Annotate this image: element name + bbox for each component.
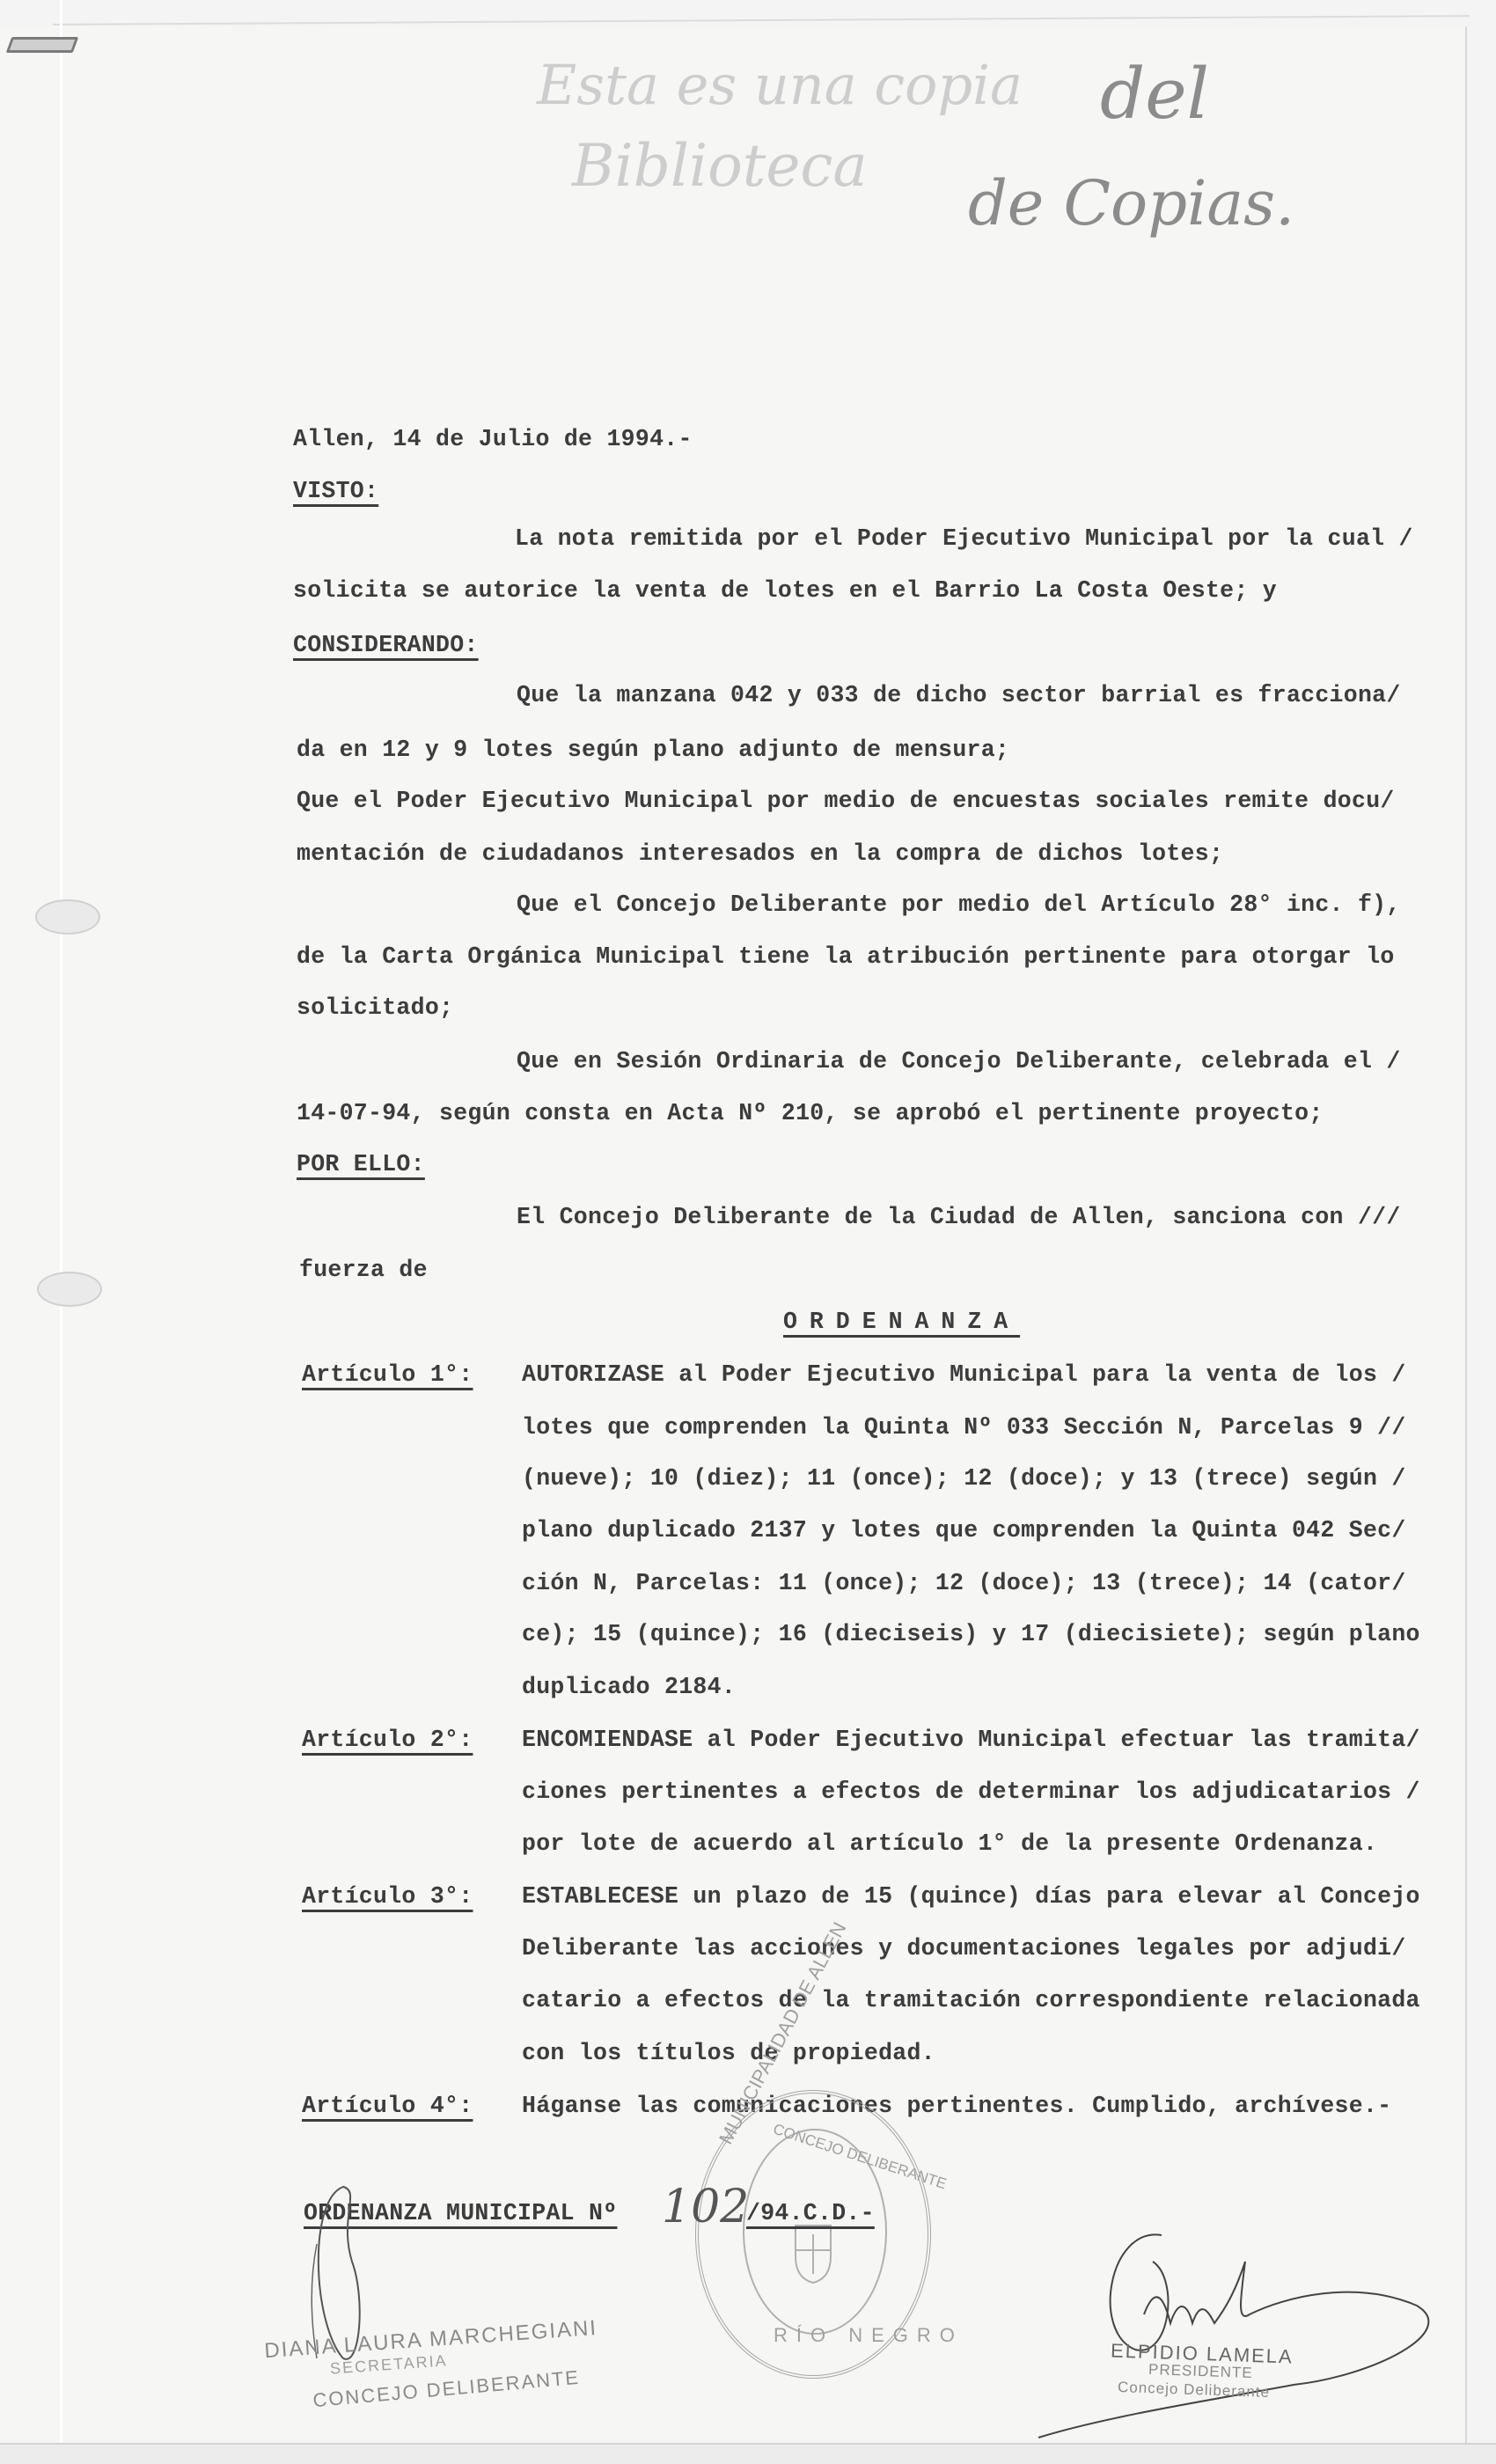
- por-ello-heading: POR ELLO:: [297, 1151, 425, 1177]
- article-1-line: ción N, Parcelas: 11 (once); 12 (doce); …: [522, 1570, 1406, 1596]
- article-1-line: AUTORIZASE al Poder Ejecutivo Municipal …: [522, 1361, 1406, 1388]
- por-ello-line: El Concejo Deliberante de la Ciudad de A…: [517, 1204, 1401, 1230]
- official-seal-icon: MUNICIPALIDAD DE ALLEN CONCEJO DELIBERAN…: [695, 2090, 931, 2379]
- article-2-line: ENCOMIENDASE al Poder Ejecutivo Municipa…: [522, 1727, 1420, 1753]
- ordinance-number-suffix: /94.C.D.-: [746, 2200, 875, 2226]
- article-3-line: ESTABLECESE un plazo de 15 (quince) días…: [522, 1883, 1420, 1910]
- article-2-line: por lote de acuerdo al artículo 1° de la…: [522, 1830, 1377, 1857]
- article-4-line: Háganse las comunicaciones pertinentes. …: [522, 2093, 1391, 2119]
- article-3-line: Deliberante las acciones y documentacion…: [522, 1935, 1406, 1962]
- considerando-line: da en 12 y 9 lotes según plano adjunto d…: [297, 737, 1009, 763]
- article-3-line: con los títulos de propiedad.: [522, 2040, 935, 2066]
- considerando-line: de la Carta Orgánica Municipal tiene la …: [297, 943, 1395, 970]
- punch-hole-icon: [35, 899, 100, 935]
- handwritten-note-copias: de Copias.: [968, 167, 1294, 239]
- ordinance-number-handwritten: 102: [662, 2181, 749, 2233]
- ordenanza-title: ORDENANZA: [783, 1309, 1020, 1335]
- coat-of-arms-icon: [787, 2217, 840, 2287]
- considerando-line: Que el Poder Ejecutivo Municipal por med…: [297, 788, 1395, 814]
- considerando-line: mentación de ciudadanos interesados en l…: [297, 840, 1223, 867]
- article-2-label: Artículo 2°:: [302, 1727, 473, 1753]
- article-3-line: catario a efectos de la tramitación corr…: [522, 1987, 1420, 2013]
- fold-line: [60, 0, 62, 2464]
- article-4-label: Artículo 4°:: [302, 2093, 473, 2119]
- considerando-line: solicitado;: [297, 994, 453, 1021]
- article-1-line: plano duplicado 2137 y lotes que compren…: [522, 1517, 1406, 1544]
- article-2-line: ciones pertinentes a efectos de determin…: [522, 1778, 1420, 1805]
- page-top-edge: [53, 15, 1470, 26]
- por-ello-line: fuerza de: [299, 1257, 428, 1283]
- visto-heading: VISTO:: [293, 478, 378, 504]
- article-1-line: (nueve); 10 (diez); 11 (once); 12 (doce)…: [522, 1465, 1406, 1492]
- visto-line: solicita se autorice la venta de lotes e…: [293, 577, 1277, 604]
- handwritten-note-line1: Esta es una copia: [537, 53, 1023, 117]
- article-1-line: lotes que comprenden la Quinta Nº 033 Se…: [522, 1414, 1406, 1441]
- visto-line: La nota remitida por el Poder Ejecutivo …: [515, 525, 1413, 552]
- article-1-line: duplicado 2184.: [522, 1674, 736, 1700]
- considerando-line: Que en Sesión Ordinaria de Concejo Delib…: [517, 1048, 1401, 1074]
- considerando-heading: CONSIDERANDO:: [293, 632, 479, 658]
- considerando-line: 14-07-94, según consta en Acta Nº 210, s…: [297, 1100, 1324, 1126]
- place-date: Allen, 14 de Julio de 1994.-: [293, 426, 693, 452]
- staple-icon: [6, 37, 79, 53]
- article-1-line: ce); 15 (quince); 16 (dieciseis) y 17 (d…: [522, 1621, 1420, 1647]
- signatory-right-role: PRESIDENTE: [1148, 2361, 1253, 2382]
- seal-bottom-text: RÍO NEGRO: [774, 2324, 964, 2347]
- considerando-line: Que la manzana 042 y 033 de dicho sector…: [517, 682, 1401, 708]
- considerando-line: Que el Concejo Deliberante por medio del…: [517, 891, 1401, 918]
- document-page: [0, 26, 1467, 2455]
- page-bottom-edge: [0, 2443, 1496, 2464]
- punch-hole-icon: [37, 1272, 102, 1307]
- handwritten-note-line2: Biblioteca: [572, 132, 868, 200]
- article-3-label: Artículo 3°:: [302, 1883, 473, 1910]
- handwritten-note-del: del: [1100, 53, 1209, 135]
- article-1-label: Artículo 1°:: [302, 1361, 473, 1388]
